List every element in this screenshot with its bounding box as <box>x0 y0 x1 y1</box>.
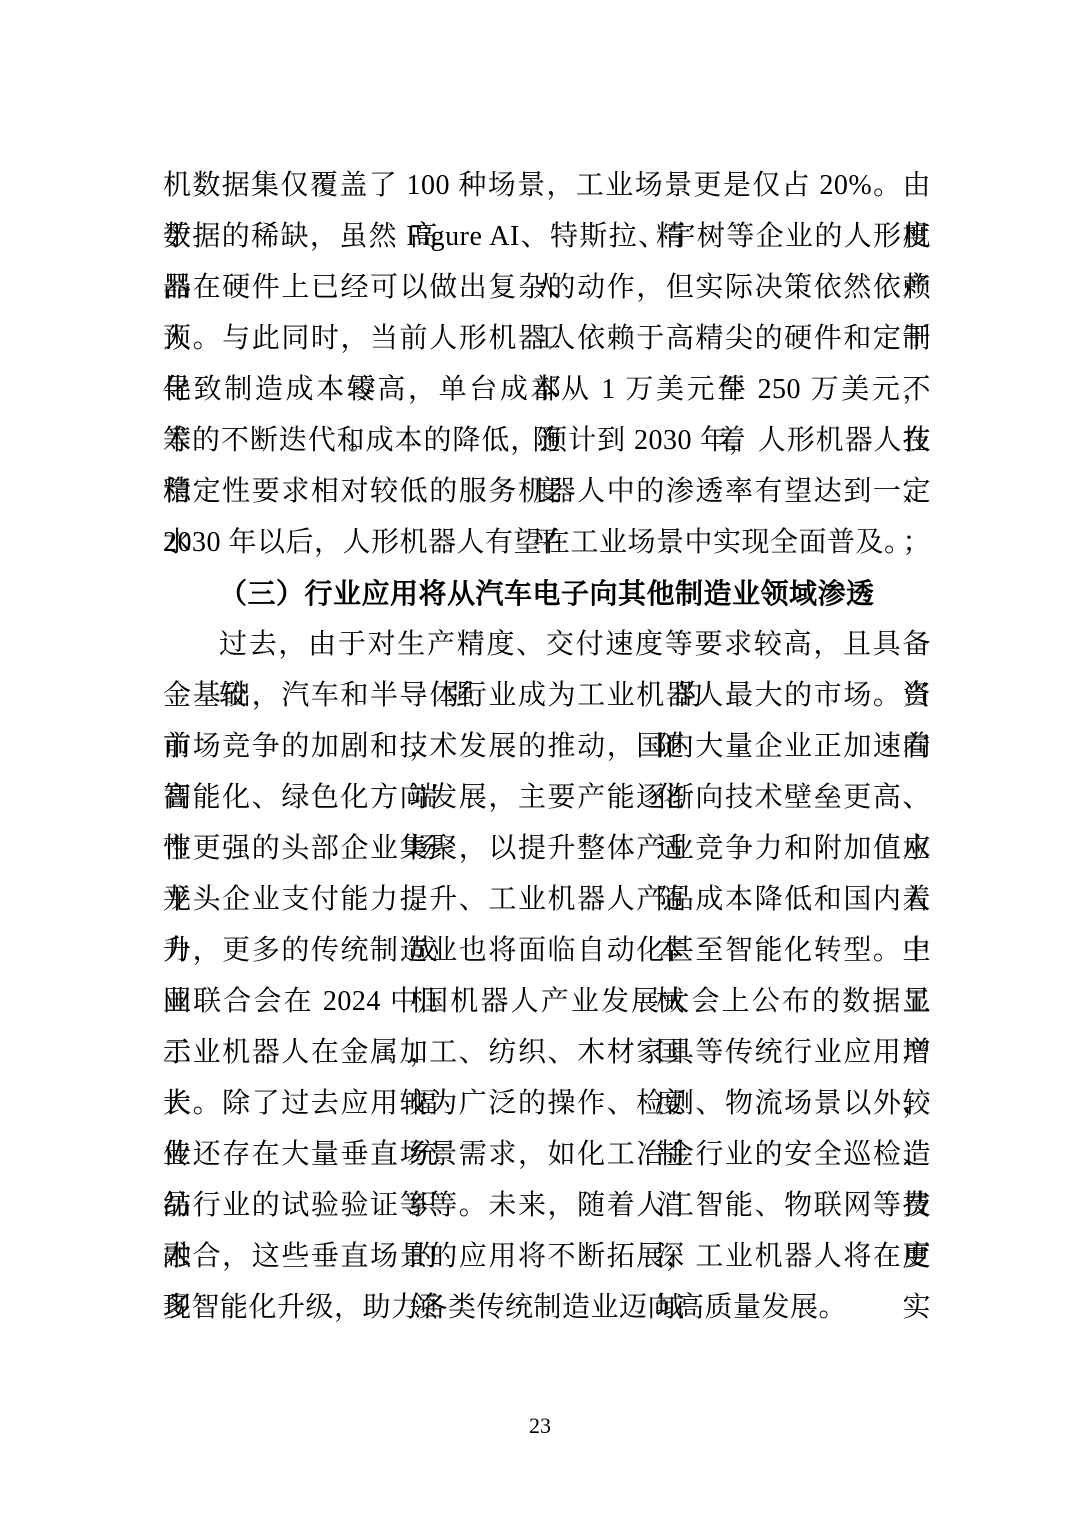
text-line: 市场竞争的加剧和技术发展的推动，国内大量企业正加速向高端化、 <box>163 721 931 772</box>
text-line: 金基础，汽车和半导体行业成为工业机器人最大的市场。当前，随着 <box>163 670 931 721</box>
text-line: 现智能化升级，助力各类传统制造业迈向高质量发展。 <box>163 1282 931 1333</box>
text-line: 性更强的头部企业集聚，以提升整体产业竞争力和附加值水平。随着 <box>163 823 931 874</box>
text-block: 机数据集仅覆盖了 100 种场景，工业场景更是仅占 20%。由于高精度数据的稀缺… <box>163 160 931 1333</box>
text-line: 品在硬件上已经可以做出复杂的动作，但实际决策依然依赖人工干 <box>163 262 931 313</box>
heading-line: （三）行业应用将从汽车电子向其他制造业领域渗透 <box>163 568 931 619</box>
text-line: 过去，由于对生产精度、交付速度等要求较高，且具备较强的资 <box>163 619 931 670</box>
section-heading: （三）行业应用将从汽车电子向其他制造业领域渗透 <box>163 568 931 619</box>
paragraph: 机数据集仅覆盖了 100 种场景，工业场景更是仅占 20%。由于高精度数据的稀缺… <box>163 160 931 568</box>
text-line: 2030 年以后，人形机器人有望在工业场景中实现全面普及。 <box>163 517 931 568</box>
text-line: 工业机器人在金属加工、纺织、木材家具等传统行业应用增长幅度较 <box>163 1027 931 1078</box>
page-number: 23 <box>529 1413 551 1438</box>
text-line: 品行业的试验验证等等。未来，随着人工智能、物联网等技术的深度 <box>163 1180 931 1231</box>
text-line: 升，更多的传统制造业也将面临自动化甚至智能化转型。中国机械工 <box>163 925 931 976</box>
text-line: 术的不断迭代和成本的降低，预计到 2030 年，人形机器人在精度、 <box>163 415 931 466</box>
text-line: 智能化、绿色化方向发展，主要产能逐渐向技术壁垒更高、市场适应 <box>163 772 931 823</box>
text-line: 业还存在大量垂直场景需求，如化工冶金行业的安全巡检、纺织消费 <box>163 1129 931 1180</box>
document-page: 机数据集仅覆盖了 100 种场景，工业场景更是仅占 20%。由于高精度数据的稀缺… <box>0 0 1080 1527</box>
page-footer: 23 <box>0 1412 1080 1440</box>
text-line: 导致制造成本较高，单台成本从 1 万美元至 250 万美元不等。随着技 <box>163 364 931 415</box>
text-line: 数据的稀缺，虽然 Figure AI、特斯拉、宇树等企业的人形机器人产 <box>163 211 931 262</box>
paragraph: 过去，由于对生产精度、交付速度等要求较高，且具备较强的资金基础，汽车和半导体行业… <box>163 619 931 1333</box>
text-line: 机数据集仅覆盖了 100 种场景，工业场景更是仅占 20%。由于高精度 <box>163 160 931 211</box>
text-line: 龙头企业支付能力提升、工业机器人产品成本降低和国内人力成本上 <box>163 874 931 925</box>
text-line: 稳定性要求相对较低的服务机器人中的渗透率有望达到一定水平； <box>163 466 931 517</box>
text-line: 预。与此同时，当前人形机器人依赖于高精尖的硬件和定制化零部件， <box>163 313 931 364</box>
text-line: 大。除了过去应用较为广泛的操作、检测、物流场景以外，传统制造 <box>163 1078 931 1129</box>
text-line: 业联合会在 2024 中国机器人产业发展大会上公布的数据显示，国产 <box>163 976 931 1027</box>
text-line: 融合，这些垂直场景的应用将不断拓展，工业机器人将在更多领域实 <box>163 1231 931 1282</box>
